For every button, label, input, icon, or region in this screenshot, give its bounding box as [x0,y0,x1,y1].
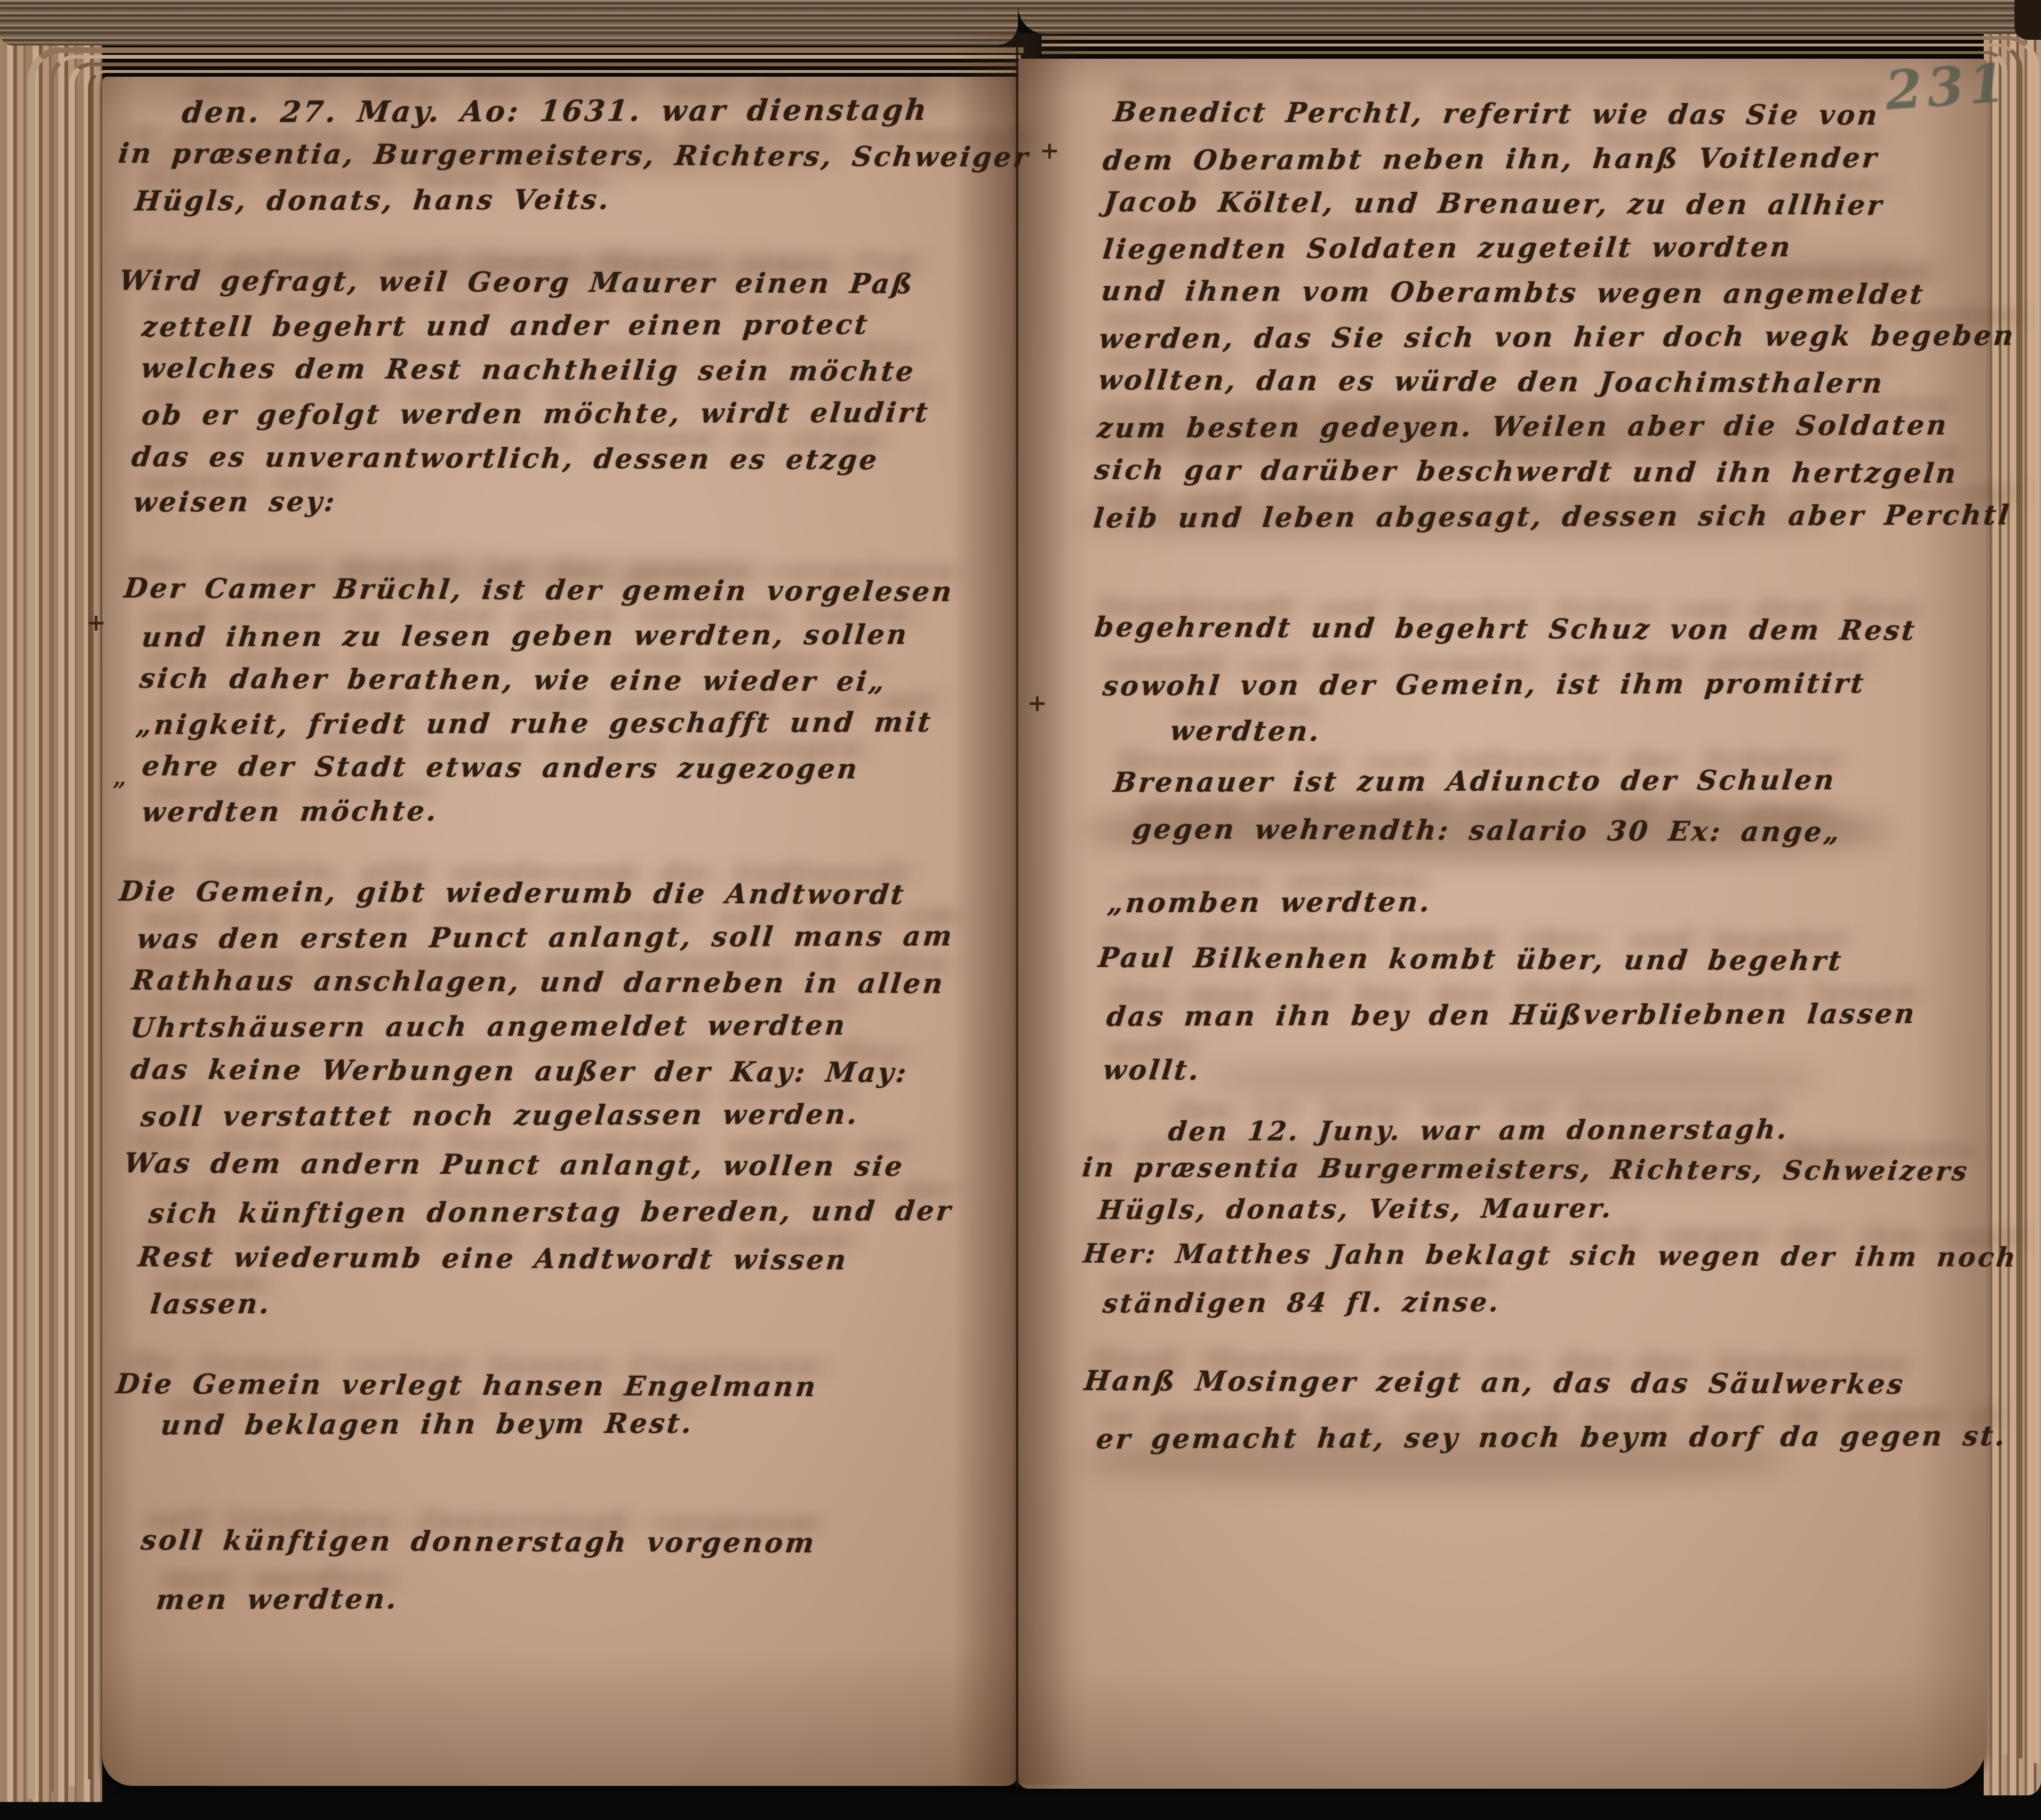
manuscript-line: Die Gemein, gibt wiederumb die Andtwordt [118,878,907,908]
manuscript-line: Rathhaus anschlagen, und darneben in all… [130,967,946,997]
manuscript-line: in præsentia Burgermeisters, Richters, S… [1081,1154,1970,1184]
manuscript-line: „nigkeit, friedt und ruhe geschafft und … [135,709,934,739]
manuscript-line: sich künftigen donnerstag bereden, und d… [148,1197,954,1227]
plus-mark: + [1027,689,1047,717]
manuscript-line: Her: Matthes Jahn beklagt sich wegen der… [1082,1240,2019,1271]
manuscript-line: sich gar darüber beschwerdt und ihn hert… [1093,456,1959,487]
manuscript-line: zum besten gedeyen. Weilen aber die Sold… [1096,412,1950,442]
manuscript-line: in præsentia, Burgermeisters, Richters, … [117,140,1031,171]
manuscript-line: ständigen 84 fl. zinse. [1102,1289,1502,1317]
manuscript-line: den 12. Juny. war am donnerstagh. [1167,1116,1790,1145]
manuscript-line: und beklagen ihn beym Rest. [160,1410,695,1439]
page-number: 231 [1883,52,2012,122]
manuscript-line: und ihnen vom Oberambts wegen angemeldet [1100,277,1926,308]
manuscript-line: weisen sey: [132,488,338,516]
manuscript-line: das man ihn bey den Hüßverbliebnen lasse… [1105,1000,1918,1030]
ditto-mark: „ [113,763,126,791]
manuscript-line: den. 27. May. Ao: 1631. war dienstagh [181,96,930,127]
manuscript-line: Hügls, donats, Veits, Maurer. [1097,1195,1615,1223]
manuscript-line: Die Gemein verlegt hansen Engelmann [115,1371,819,1401]
manuscript-line: werdten. [1169,717,1323,745]
manuscript-line: sich daher berathen, wie eine wieder ei„ [138,665,888,696]
manuscript-line: liegendten Soldaten zugeteilt wordten [1102,233,1794,263]
manuscript-text-layer: den. 27. May. Ao: 1631. war dienstagh in… [0,0,2041,1820]
manuscript-line: ehre der Stadt etwas anders zugezogen [141,753,861,783]
plus-mark: + [86,608,106,636]
manuscript-line: Was dem andern Punct anlangt, wollen sie [123,1150,906,1180]
manuscript-line: Benedict Perchtl, referirt wie das Sie v… [1112,98,1881,129]
manuscript-line: werden, das Sie sich von hier doch wegk … [1098,322,2017,353]
manuscript-line: er gemacht hat, sey noch beym dorf da ge… [1095,1423,2009,1453]
manuscript-line: wollt. [1102,1057,1203,1084]
manuscript-line: soll verstattet noch zugelassen werden. [140,1101,861,1130]
manuscript-line: das keine Werbungen außer der Kay: May: [129,1056,909,1086]
manuscript-line: das es unverantwortlich, dessen es etzge [130,444,880,474]
manuscript-line: Hügls, donats, hans Veits. [134,186,612,215]
manuscript-line: dem Oberambt neben ihn, hanß Voitlender [1102,144,1881,174]
manuscript-line: soll künftigen donnerstagh vorgenom [140,1527,818,1557]
manuscript-line: leib und leben abgesagt, dessen sich abe… [1092,502,2013,532]
manuscript-line: was den ersten Punct anlangt, soll mans … [136,923,955,953]
manuscript-line: gegen wehrendth: salario 30 Ex: ange„ [1131,816,1843,846]
manuscript-line: men werdten. [155,1586,400,1614]
manuscript-line: Uhrtshäusern auch angemeldet werdten [129,1012,848,1041]
manuscript-line: Brenauer ist zum Adiuncto der Schulen [1112,767,1837,796]
manuscript-line: werdten möchte. [141,798,440,826]
manuscript-line: Paul Bilkenhen kombt über, und begehrt [1097,945,1845,975]
manuscript-line: welches dem Rest nachtheilig sein möchte [140,355,917,385]
manuscript-line: Rest wiederumb eine Andtwordt wissen [137,1244,849,1274]
manuscript-line: wollten, dan es würde den Joachimsthaler… [1097,366,1886,397]
manuscript-line: Jacob Költel, und Brenauer, zu den allhi… [1103,188,1885,219]
plus-mark: + [1040,136,1060,164]
manuscript-line: und ihnen zu lesen geben werdten, sollen [141,621,910,651]
manuscript-scan: den. 27. May. Ao: 1631. war dienstagh in… [0,0,2041,1820]
manuscript-line: Wird gefragt, weil Georg Maurer einen Pa… [118,267,916,297]
manuscript-line: Hanß Mosinger zeigt an, das das Säulwerk… [1083,1367,1906,1398]
manuscript-line: begehrendt und begehrt Schuz von dem Res… [1093,614,1918,644]
manuscript-line: „nomben werdten. [1106,889,1433,917]
manuscript-line: lassen. [149,1291,273,1318]
manuscript-line: Der Camer Brüchl, ist der gemein vorgele… [123,575,955,606]
manuscript-line: zettell begehrt und ander einen protect [141,311,871,340]
manuscript-line: ob er gefolgt werden möchte, wirdt eludi… [141,399,931,429]
manuscript-line: sowohl von der Gemein, ist ihm promitirt [1102,670,1867,700]
